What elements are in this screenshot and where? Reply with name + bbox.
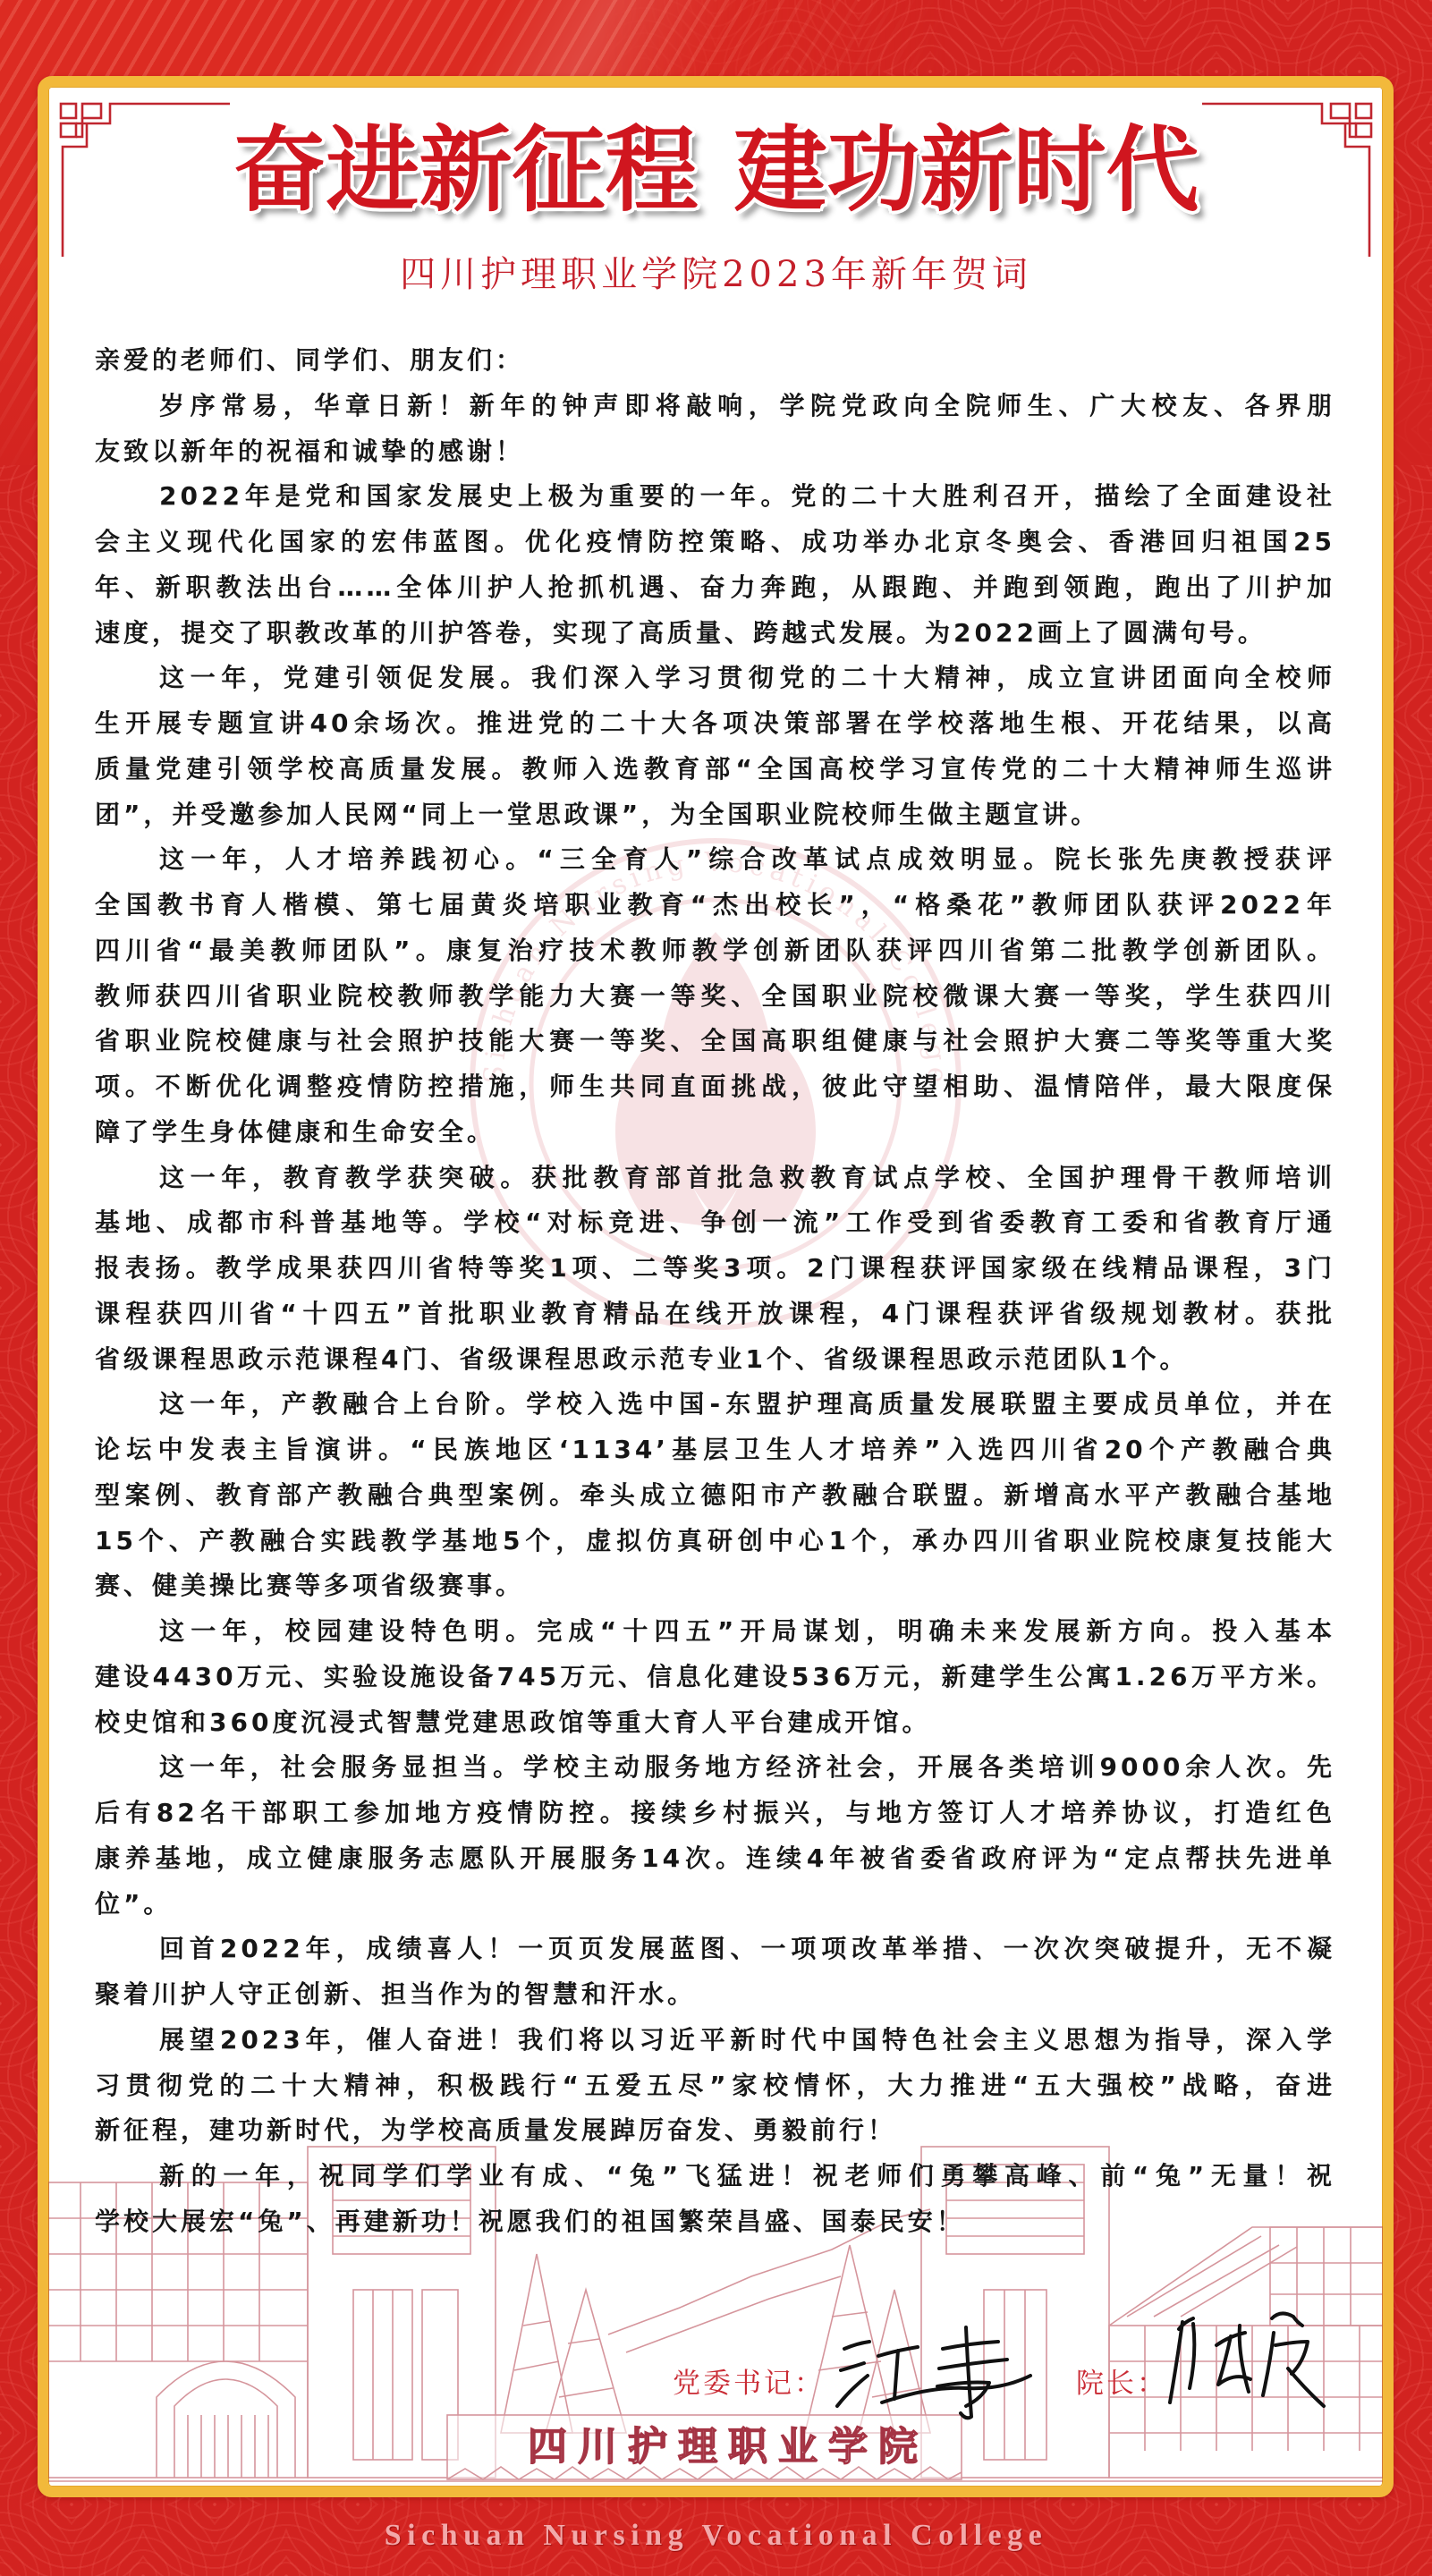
text-line: 省级课程思政示范课程4门、省级课程思政示范专业1个、省级课程思政示范团队1个。 — [95, 1337, 1335, 1383]
salutation-line: 亲爱的老师们、同学们、朋友们： — [95, 338, 1335, 384]
paragraph: 岁序常易，华章日新！新年的钟声即将敲响，学院党政向全院师生、广大校友、各界朋 友… — [95, 384, 1335, 475]
text-line: 这一年，社会服务显担当。学校主动服务地方经济社会，开展各类培训9000余人次。先 — [95, 1745, 1335, 1791]
text-line: 项。不断优化调整疫情防控措施，师生共同直面挑战，彼此守望相助、温情陪伴，最大限度… — [95, 1064, 1335, 1110]
salutation-paragraph: 亲爱的老师们、同学们、朋友们： — [95, 338, 1335, 384]
paragraph: 回首2022年，成绩喜人！一页页发展蓝图、一项项改革举措、一次次突破提升，无不凝… — [95, 1927, 1335, 2018]
text-line: 这一年，产教融合上台阶。学校入选中国-东盟护理高质量发展联盟主要成员单位，并在 — [95, 1382, 1335, 1428]
text-line: 友致以新年的祝福和诚挚的感谢！ — [95, 429, 1335, 475]
text-line: 基地、成都市科普基地等。学校“对标竞进、争创一流”工作受到省委教育工委和省教育厅… — [95, 1200, 1335, 1246]
text-line: 新的一年，祝同学们学业有成、“兔”飞猛进！祝老师们勇攀高峰、前“兔”无量！祝 — [95, 2154, 1335, 2199]
text-line: 报表扬。教学成果获四川省特等奖1项、二等奖3项。2门课程获评国家级在线精品课程，… — [95, 1246, 1335, 1292]
text-line: 质量党建引领学校高质量发展。教师入选教育部“全国高校学习宣传党的二十大精神师生巡… — [95, 747, 1335, 792]
text-line: 教师获四川省职业院校教师教学能力大赛一等奖、全国职业院校微课大赛一等奖，学生获四… — [95, 974, 1335, 1020]
title-part-1: 奋进新征程 — [233, 114, 698, 225]
text-line: 障了学生身体健康和生命安全。 — [95, 1110, 1335, 1156]
paragraph: 新的一年，祝同学们学业有成、“兔”飞猛进！祝老师们勇攀高峰、前“兔”无量！祝 学… — [95, 2154, 1335, 2245]
text-line: 2022年是党和国家发展史上极为重要的一年。党的二十大胜利召开，描绘了全面建设社 — [95, 474, 1335, 520]
text-line: 岁序常易，华章日新！新年的钟声即将敲响，学院党政向全院师生、广大校友、各界朋 — [95, 384, 1335, 429]
text-line: 论坛中发表主旨演讲。“民族地区‘1134’基层卫生人才培养”入选四川省20个产教… — [95, 1428, 1335, 1473]
text-line: 展望2023年，催人奋进！我们将以习近平新时代中国特色社会主义思想为指导，深入学 — [95, 2018, 1335, 2063]
paragraph: 这一年，社会服务显担当。学校主动服务地方经济社会，开展各类培训9000余人次。先… — [95, 1745, 1335, 1927]
text-line: 建设4430万元、实验设施设备745万元、信息化建设536万元，新建学生公寓1.… — [95, 1655, 1335, 1700]
text-line: 这一年，党建引领促发展。我们深入学习贯彻党的二十大精神，成立宣讲团面向全校师 — [95, 656, 1335, 701]
title-part-2: 建功新时代 — [734, 114, 1199, 225]
paragraph: 2022年是党和国家发展史上极为重要的一年。党的二十大胜利召开，描绘了全面建设社… — [95, 474, 1335, 656]
text-line: 这一年，教育教学获突破。获批教育部首批急救教育试点学校、全国护理骨干教师培训 — [95, 1156, 1335, 1201]
text-line: 回首2022年，成绩喜人！一页页发展蓝图、一项项改革举措、一次次突破提升，无不凝 — [95, 1927, 1335, 1972]
text-line: 课程获四川省“十四五”首批职业教育精品在线开放课程，4门课程获评省级规划教材。获… — [95, 1292, 1335, 1337]
party-secretary-label: 党委书记： — [673, 2365, 825, 2402]
party-secretary-signature-icon — [832, 2324, 1038, 2422]
paragraph: 这一年，产教融合上台阶。学校入选中国-东盟护理高质量发展联盟主要成员单位，并在 … — [95, 1382, 1335, 1609]
president-signature-icon — [1163, 2309, 1328, 2412]
text-line: 速度，提交了职教改革的川护答卷，实现了高质量、跨越式发展。为2022画上了圆满句… — [95, 611, 1335, 657]
text-line: 习贯彻党的二十大精神，积极践行“五爱五尽”家校情怀，大力推进“五大强校”战略，奋… — [95, 2063, 1335, 2109]
text-line: 生开展专题宣讲40余场次。推进党的二十大各项决策部署在学校落地生根、开花结果，以… — [95, 701, 1335, 747]
page-title: 奋进新征程建功新时代 — [0, 116, 1432, 224]
text-line: 型案例、教育部产教融合典型案例。牵头成立德阳市产教融合联盟。新增高水平产教融合基… — [95, 1473, 1335, 1519]
paragraph: 展望2023年，催人奋进！我们将以习近平新时代中国特色社会主义思想为指导，深入学… — [95, 2018, 1335, 2154]
paragraph: 这一年，教育教学获突破。获批教育部首批急救教育试点学校、全国护理骨干教师培训 基… — [95, 1156, 1335, 1383]
letter-body: 亲爱的老师们、同学们、朋友们： 岁序常易，华章日新！新年的钟声即将敲响，学院党政… — [95, 338, 1335, 2245]
text-line: 后有82名干部职工参加地方疫情防控。接续乡村振兴，与地方签订人才培养协议，打造红… — [95, 1791, 1335, 1836]
footer-english-college-name: Sichuan Nursing Vocational College — [0, 2518, 1432, 2554]
text-line: 位”。 — [95, 1882, 1335, 1928]
paragraph: 这一年，校园建设特色明。完成“十四五”开局谋划，明确未来发展新方向。投入基本 建… — [95, 1609, 1335, 1745]
text-line: 会主义现代化国家的宏伟蓝图。优化疫情防控策略、成功举办北京冬奥会、香港回归祖国2… — [95, 520, 1335, 565]
president-label: 院长： — [1076, 2365, 1167, 2402]
text-line: 这一年，校园建设特色明。完成“十四五”开局谋划，明确未来发展新方向。投入基本 — [95, 1609, 1335, 1655]
text-line: 四川省“最美教师团队”。康复治疗技术教师教学创新团队获评四川省第二批教学创新团队… — [95, 928, 1335, 974]
text-line: 康养基地，成立健康服务志愿队开展服务14次。连续4年被省委省政府评为“定点帮扶先… — [95, 1836, 1335, 1882]
text-line: 新征程，建功新时代，为学校高质量发展踔厉奋发、勇毅前行！ — [95, 2108, 1335, 2154]
text-line: 这一年，人才培养践初心。“三全育人”综合改革试点成效明显。院长张先庚教授获评 — [95, 837, 1335, 883]
text-line: 团”，并受邀参加人民网“同上一堂思政课”，为全国职业院校师生做主题宣讲。 — [95, 792, 1335, 838]
text-line: 聚着川护人守正创新、担当作为的智慧和汗水。 — [95, 1972, 1335, 2018]
text-line: 全国教书育人楷模、第七届黄炎培职业教育“杰出校长”，“格桑花”教师团队获评202… — [95, 883, 1335, 928]
text-line: 年、新职教法出台……全体川护人抢抓机遇、奋力奔跑，从跟跑、并跑到领跑，跑出了川护… — [95, 565, 1335, 611]
paragraph: 这一年，党建引领促发展。我们深入学习贯彻党的二十大精神，成立宣讲团面向全校师 生… — [95, 656, 1335, 837]
gate-inscription: 四川护理职业学院 — [528, 2424, 939, 2470]
text-line: 15个、产教融合实践教学基地5个，虚拟仿真研创中心1个，承办四川省职业院校康复技… — [95, 1519, 1335, 1564]
subtitle: 四川护理职业学院2023年新年贺词 — [0, 253, 1432, 296]
greeting-poster: 奋进新征程建功新时代 四川护理职业学院2023年新年贺词 Sichuan Nur… — [0, 0, 1432, 2576]
paragraph: 这一年，人才培养践初心。“三全育人”综合改革试点成效明显。院长张先庚教授获评 全… — [95, 837, 1335, 1155]
text-line: 赛、健美操比赛等多项省级赛事。 — [95, 1563, 1335, 1609]
text-line: 校史馆和360度沉浸式智慧党建思政馆等重大育人平台建成开馆。 — [95, 1700, 1335, 1746]
text-line: 省职业院校健康与社会照护技能大赛一等奖、全国高职组健康与社会照护大赛二等奖等重大… — [95, 1019, 1335, 1064]
text-line: 学校大展宏“兔”、再建新功！祝愿我们的祖国繁荣昌盛、国泰民安！ — [95, 2199, 1335, 2245]
